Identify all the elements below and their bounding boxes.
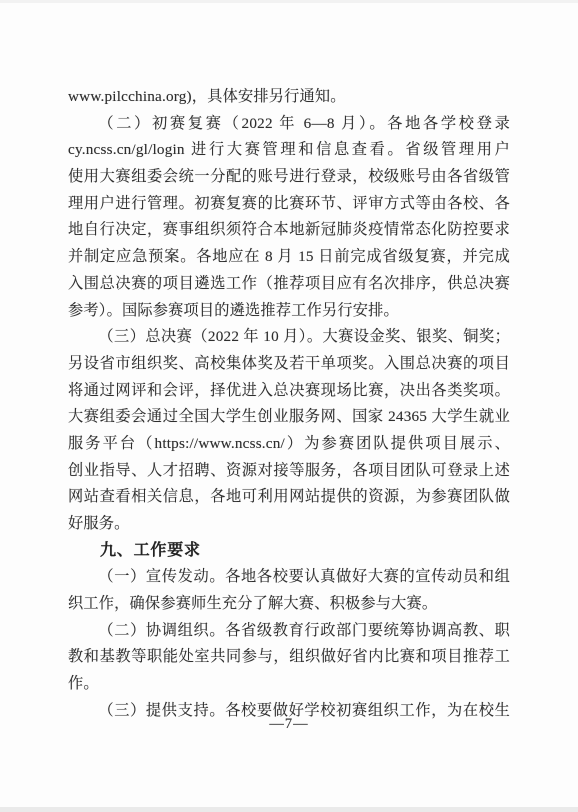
paragraph-lead: （三）总决赛（2022 年 10 月）。 — [98, 328, 322, 345]
doc-line: 参考）。国际参赛项目的遴选推荐工作另行安排。 — [68, 298, 510, 325]
doc-line: 使用大赛组委会统一分配的账号进行登录，校级账号由各省级管 — [68, 164, 510, 191]
paragraph-lead: （一）宣传发动。 — [98, 568, 225, 585]
doc-line: 织工作，确保参赛师生充分了解大赛、积极参与大赛。 — [68, 591, 510, 618]
doc-line: （二）初赛复赛（2022 年 6—8 月）。各地各学校登录 — [68, 111, 510, 138]
doc-line: 服务平台（https://www.ncss.cn/）为参赛团队提供项目展示、 — [68, 431, 510, 458]
doc-line: 理用户进行管理。初赛复赛的比赛环节、评审方式等由各校、各 — [68, 191, 510, 218]
doc-line: cy.ncss.cn/gl/login 进行大赛管理和信息查看。省级管理用户 — [68, 137, 510, 164]
paragraph-lead: （二）协调组织。 — [98, 622, 225, 639]
doc-line: 并制定应急预案。各地应在 8 月 15 日前完成省级复赛，并完成 — [68, 244, 510, 271]
paragraph-text: 各省级教育行政部门要统筹协调高教、职 — [225, 622, 510, 639]
page-number: —7— — [0, 716, 578, 733]
paragraph-text: 各地各学校登录 — [387, 115, 510, 132]
doc-line: （一）宣传发动。各地各校要认真做好大赛的宣传动员和组 — [68, 564, 510, 591]
paragraph-lead: （二）初赛复赛（2022 年 6—8 月）。 — [98, 115, 387, 132]
doc-line: 教和基教等职能处室共同参与，组织做好省内比赛和项目推荐工 — [68, 644, 510, 671]
doc-line: 好服务。 — [68, 511, 510, 538]
doc-line: 创业指导、人才招聘、资源对接等服务，各项目团队可登录上述 — [68, 458, 510, 485]
doc-line: 将通过网评和会评，择优进入总决赛现场比赛，决出各类奖项。 — [68, 378, 510, 405]
paragraph-text: 各地各校要认真做好大赛的宣传动员和组 — [225, 568, 510, 585]
doc-line: 作。 — [68, 671, 510, 698]
scan-edge-top — [0, 0, 578, 3]
doc-line: 网站查看相关信息，各地可利用网站提供的资源，为参赛团队做 — [68, 484, 510, 511]
doc-line: （二）协调组织。各省级教育行政部门要统筹协调高教、职 — [68, 618, 510, 645]
doc-line: 另设省市组织奖、高校集体奖及若干单项奖。入围总决赛的项目 — [68, 351, 510, 378]
doc-line: www.pilcchina.org)，具体安排另行通知。 — [68, 84, 510, 111]
doc-line: （三）总决赛（2022 年 10 月）。大赛设金奖、银奖、铜奖； — [68, 324, 510, 351]
section-heading-work-requirements: 九、工作要求 — [68, 538, 510, 565]
doc-line: 入围总决赛的项目遴选工作（推荐项目应有名次排序，供总决赛 — [68, 271, 510, 298]
paragraph-text: 大赛设金奖、银奖、铜奖； — [322, 328, 510, 345]
scan-edge-bottom — [0, 807, 578, 812]
scanned-document-page: www.pilcchina.org)，具体安排另行通知。 （二）初赛复赛（202… — [0, 0, 578, 812]
document-text-block: www.pilcchina.org)，具体安排另行通知。 （二）初赛复赛（202… — [68, 84, 510, 725]
doc-line: 大赛组委会通过全国大学生创业服务网、国家 24365 大学生就业 — [68, 404, 510, 431]
doc-line: 地自行决定，赛事组织须符合本地新冠肺炎疫情常态化防控要求 — [68, 217, 510, 244]
